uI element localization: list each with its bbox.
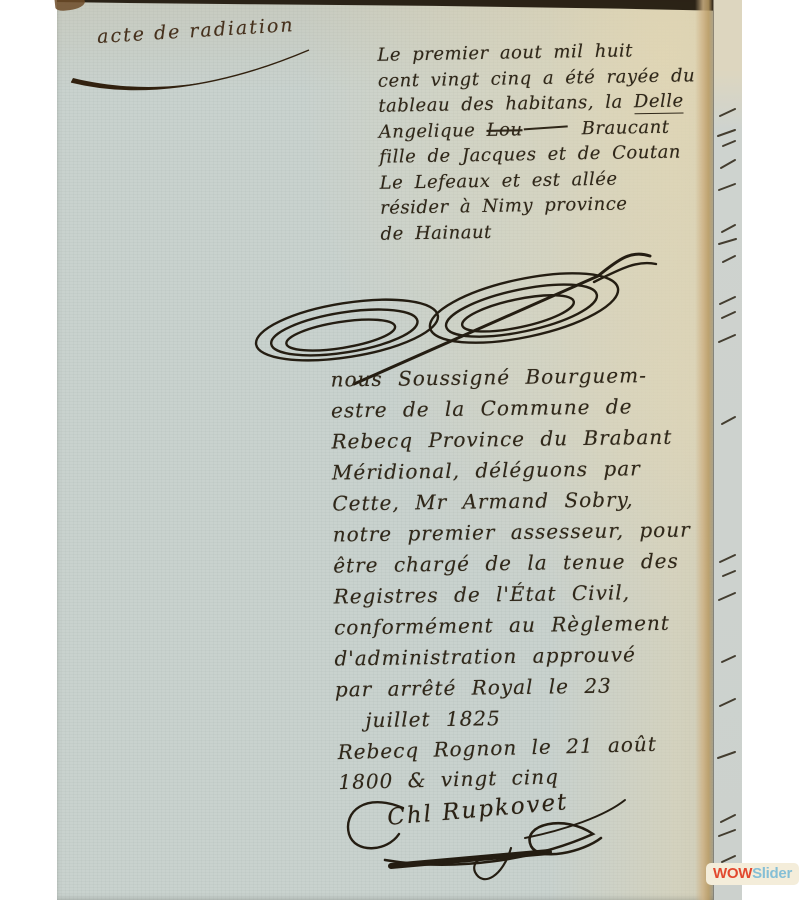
body-line: Registres de l'État Civil, bbox=[333, 576, 691, 612]
photo-frame: acte de radiation Le premier aout mil hu… bbox=[0, 0, 800, 900]
annotation-underline-flourish bbox=[65, 40, 325, 95]
body-line: Cette, Mr Armand Sobry, bbox=[332, 484, 690, 520]
adjacent-page-text-fragments bbox=[714, 0, 743, 900]
body-line: estre de la Commune de bbox=[331, 391, 689, 427]
underlined-word: Delle bbox=[634, 90, 684, 114]
body-line: Rebecq Province du Brabant bbox=[331, 422, 689, 458]
strikethrough-mark bbox=[523, 125, 567, 130]
wowslider-slider-label[interactable]: Slider bbox=[752, 865, 792, 882]
signature-flourish bbox=[325, 790, 645, 890]
body-line: nous Soussigné Bourguem- bbox=[330, 360, 688, 396]
body-line: Méridional, déléguons par bbox=[332, 453, 690, 489]
wowslider-wow-label[interactable]: WOW bbox=[713, 865, 752, 882]
body-line: être chargé de la tenue des bbox=[333, 546, 691, 582]
wowslider-watermark[interactable]: WOWSlider bbox=[706, 863, 799, 885]
body-line: conformément au Règlement bbox=[334, 607, 692, 643]
intro-line: de Hainaut bbox=[380, 216, 698, 247]
adjacent-page-edge bbox=[713, 0, 742, 900]
page-top-shadow bbox=[57, 0, 742, 14]
closing-dateline: Rebecq Rognon le 21 août 1800 & vingt ci… bbox=[337, 729, 658, 797]
body-line: d'administration approuvé bbox=[334, 638, 692, 674]
document-page: acte de radiation Le premier aout mil hu… bbox=[57, 0, 742, 900]
struck-word: Lou bbox=[486, 119, 522, 141]
body-line: par arrêté Royal le 23 bbox=[335, 669, 693, 705]
main-paragraph: nous Soussigné Bourguem- estre de la Com… bbox=[330, 360, 693, 737]
intro-paragraph: Le premier aout mil huit cent vingt cinq… bbox=[377, 37, 698, 247]
binding-crease bbox=[695, 0, 713, 900]
body-line: notre premier assesseur, pour bbox=[333, 515, 691, 551]
torn-corner bbox=[54, 0, 85, 12]
